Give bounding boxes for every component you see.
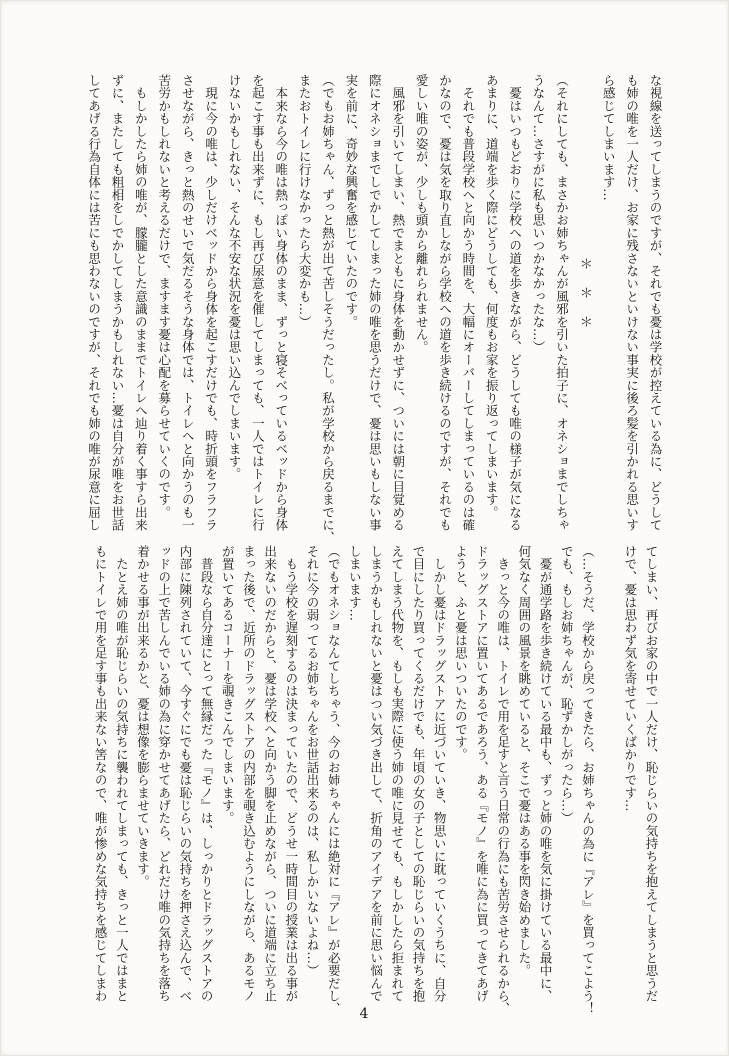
text-line: けで、憂は思わず気を寄せていくばかりです… xyxy=(615,545,636,1008)
text-line: 際にオネショまでしでかしてしまった姉の唯を思うだけで、憂は思いもしない事 xyxy=(357,74,380,526)
text-line: きっと今の唯は、トイレで用を足すと言う日常の行為にも苦労させられるから、 xyxy=(488,545,509,1008)
text-block-bottom: てしまい、再びお家の中で一人だけ、恥じらいの気持ちを抱えてしまうと思うだけで、憂… xyxy=(85,545,657,1008)
text-line: もにトイレで用を足す事も出来ない筈なので、唯が惨めな気持ちを感じてしまわ xyxy=(85,545,106,1008)
text-line: もしかしたら姉の唯が、朦朧とした意識のままでトイレへ辿り着く事すら出来 xyxy=(123,74,146,526)
text-line: 現に今の唯は、少しだけベッドから身体を起こすだけでも、時折頭をフラフラ xyxy=(193,74,216,526)
text-line: うなんて…さすがに私も思いつかなかったな…） xyxy=(521,74,544,526)
text-block-top: な視線を送ってしまうのですが、それでも憂は学校が控えている為に、どうしても姉の唯… xyxy=(76,74,661,526)
text-line: な視線を送ってしまうのですが、それでも憂は学校が控えている為に、どうして xyxy=(638,74,661,526)
text-line: してあげる行為自体には苦にも思わないのですが、それでも姉の唯が尿意に屈し xyxy=(76,74,99,526)
text-line: ドラッグストアに置いてあるであろう、ある『モノ』を唯に為に買ってきてあげ xyxy=(466,545,487,1008)
text-line: 普段なら自分達にとって無縁だった『モノ』は、しっかりとドラッグストアの xyxy=(191,545,212,1008)
text-line: （でもオネショなんてしちゃう、今のお姉ちゃんには絶対に『アレ』が必要だし、 xyxy=(318,545,339,1008)
text-line: を起こす事も出来ずに、もし再び尿意を催してしまっても、一人ではトイレに行 xyxy=(240,74,263,526)
text-line: しまうかもしれないと憂はつい気づき出して、折角のアイデアを前に思い悩んで xyxy=(360,545,381,1008)
text-line: 苦労かもしれないと考えるだけで、ますます憂は心配を募らせていくのです。 xyxy=(146,74,169,526)
text-line: 憂が通学路を歩き続けている最中も、ずっと姉の唯を気に掛けている最中に、 xyxy=(530,545,551,1008)
text-line: まった後で、近所のドラッグストアの内部を覗き込むようにしながら、あるモノ xyxy=(233,545,254,1008)
text-line: （でもお姉ちゃん、ずっと熱が出て苦しそうだったし。私が学校から戻るまでに、 xyxy=(310,74,333,526)
text-line: も姉の唯を一人だけ、お家に残さないといけない事実に後ろ髪を引かれる思いす xyxy=(614,74,637,526)
scene-separator: ＊＊＊ xyxy=(567,74,590,526)
text-line: それに今の弱ってるお姉ちゃんをお世話出来るのは、私しかいないよね…） xyxy=(297,545,318,1008)
text-line: 何気なく周囲の風景を眺めていると、そこで憂はある事を閃き始めました。 xyxy=(509,545,530,1008)
text-line: えてしまう代物を、もしも実際に使う姉の唯に見せても、もしかしたら拒まれて xyxy=(382,545,403,1008)
text-line: が置いてあるコーナーを覗きこんでしまいます。 xyxy=(212,545,233,1008)
text-line: 本来なら今の唯は熱っぽい身体のまま、ずっと寝そべっているベッドから身体 xyxy=(263,74,286,526)
text-line: 愛しい唯の姿が、少しも頭から離れられません。 xyxy=(404,74,427,526)
text-line: 風邪を引いてしまい、熱でまともに身体を動かせずに、ついには朝に目覚める xyxy=(380,74,403,526)
text-line: 着かせる事が出来るかと、憂は想像を膨らませていきます。 xyxy=(127,545,148,1008)
text-line: （…そうだ、学校から戻ってきたら、お姉ちゃんの為に『アレ』を買ってこよう！ xyxy=(572,545,593,1008)
text-line: させながら、きっと熱のせいで気だるそうな身体では、トイレへと向かうのも一 xyxy=(170,74,193,526)
text-line: で目にしたり買ってくるだけでも、年頃の女の子としての恥じらいの気持ちを抱 xyxy=(403,545,424,1008)
text-line: しまいます… xyxy=(339,545,360,1008)
text-line: もう学校を遅刻するのは決まっていたので、どうせ一時間目の授業は出る事が xyxy=(276,545,297,1008)
text-line: しかし憂はドラッグストアに近づいていき、物思いに耽っていくうちに、自分 xyxy=(424,545,445,1008)
text-line: またおトイレに行けなかったら大変かも…） xyxy=(287,74,310,526)
text-line: ら感じてしまいます… xyxy=(591,74,614,526)
text-line: かなので、憂は気を取り直しながら学校への道を歩き続けるのですが、それでも xyxy=(427,74,450,526)
text-line: てしまい、再びお家の中で一人だけ、恥じらいの気持ちを抱えてしまうと思うだ xyxy=(636,545,657,1008)
text-line: けないかもしれない、そんな不安な状況を憂は思い込んでしまいます。 xyxy=(217,74,240,526)
text-line: 憂はいつもどおりに学校への道を歩きながら、どうしても唯の様子が気になる xyxy=(497,74,520,526)
text-line: それでも普段学校へと向かう時間を、大幅にオーバーしてしまっているのは確 xyxy=(450,74,473,526)
text-line: ようと、ふと憂は思いついたのです。 xyxy=(445,545,466,1008)
text-line: （それにしても、まさかお姉ちゃんが風邪を引いた拍子に、オネショまでしちゃ xyxy=(544,74,567,526)
text-line: 内部に陳列されていて、今すぐにでも憂は恥じらいの気持ちを押さえ込んで、ベ xyxy=(170,545,191,1008)
text-line: 実を前に、奇妙な興奮を感じていたのです。 xyxy=(334,74,357,526)
text-line: ッドの上で苦しんでいる姉の為に穿かせてあげたら、どれだけ唯の気持ちを落ち xyxy=(149,545,170,1008)
page-number: 4 xyxy=(0,1006,729,1022)
text-line: たとえ姉の唯が恥じらいの気持ちに襲われてしまっても、きっと一人ではまと xyxy=(106,545,127,1008)
text-line: でも、もしお姉ちゃんが、恥ずかしがったら…） xyxy=(551,545,572,1008)
text-line: ずに、またしても粗相をしでかしてしまうかもしれない…憂は自分が唯をお世話 xyxy=(100,74,123,526)
blank-line xyxy=(593,545,614,1008)
text-line: 出来ないのだからと、憂は学校へと向かう脚を止めながら、ついに道端に立ち止 xyxy=(254,545,275,1008)
text-line: あまりに、道端を歩く際にどうしても、何度もお家を振り返ってしまいます。 xyxy=(474,74,497,526)
